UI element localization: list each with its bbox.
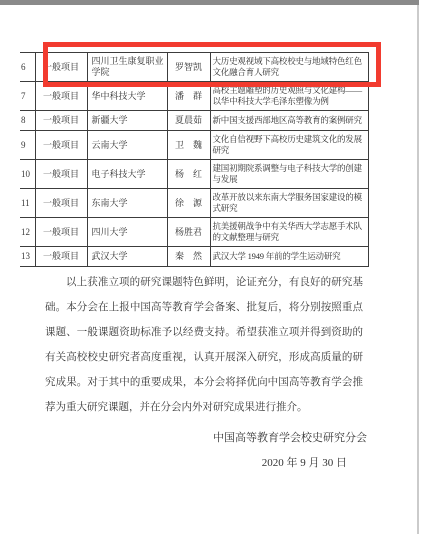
leader-name-cell: 杨 红 [167, 160, 210, 189]
project-type-cell: 一般项目 [35, 160, 87, 189]
project-type-cell: 一般项目 [35, 53, 87, 82]
project-title-cell: 改革开放以来东南大学服务国家建设的模式研究 [210, 189, 368, 218]
project-title-cell: 大历史观视域下高校校史与地域特色红色文化融合育人研究 [210, 53, 368, 82]
table-row: 11 一般项目 东南大学 徐 源 改革开放以来东南大学服务国家建设的模式研究 [20, 189, 368, 218]
table-row: 7 一般项目 华中科技大学 潘 群 高校主题雕塑的历史观照与文化建构——以华中科… [20, 82, 368, 111]
signature-organization: 中国高等教育学会校史研究分会 [213, 429, 367, 445]
project-type-cell: 一般项目 [35, 111, 87, 131]
table-row: 8 一般项目 新疆大学 夏晨茹 新中国支援西部地区高等教育的案例研究 [20, 111, 368, 131]
project-type-cell: 一般项目 [35, 218, 87, 247]
leader-name-cell: 杨胜君 [167, 218, 210, 247]
project-title-cell: 新中国支援西部地区高等教育的案例研究 [210, 111, 368, 131]
leader-name-cell: 罗智凯 [167, 53, 210, 82]
project-title-cell: 文化自信视野下高校历史建筑文化的发展研究 [210, 131, 368, 160]
university-cell: 武汉大学 [87, 247, 167, 267]
leader-name-cell: 秦 然 [167, 247, 210, 267]
leader-name-cell: 夏晨茹 [167, 111, 210, 131]
closing-paragraph: 以上获准立项的研究课题特色鲜明，论证充分，有良好的研究基础。本分会在上报中国高等… [45, 270, 363, 420]
row-number-cell: 10 [20, 160, 35, 189]
project-title-cell: 抗美援朝战争中有关华西大学志愿手术队的文献整理与研究 [210, 218, 368, 247]
table-row: 10 一般项目 电子科技大学 杨 红 建国初期院系调整与电子科技大学的创建与发展 [20, 160, 368, 189]
row-number-cell: 11 [20, 189, 35, 218]
project-title-cell: 建国初期院系调整与电子科技大学的创建与发展 [210, 160, 368, 189]
project-type-cell: 一般项目 [35, 82, 87, 111]
table-row: 13 一般项目 武汉大学 秦 然 武汉大学 1949 年前的学生运动研究 [20, 247, 368, 267]
row-number-cell: 6 [20, 53, 35, 82]
signature-date: 2020 年 9 月 30 日 [262, 454, 347, 470]
project-type-cell: 一般项目 [35, 189, 87, 218]
row-number-cell: 7 [20, 82, 35, 111]
project-title-cell: 高校主题雕塑的历史观照与文化建构——以华中科技大学毛泽东塑像为例 [210, 82, 368, 111]
project-type-cell: 一般项目 [35, 247, 87, 267]
table-row: 12 一般项目 四川大学 杨胜君 抗美援朝战争中有关华西大学志愿手术队的文献整理… [20, 218, 368, 247]
university-cell: 电子科技大学 [87, 160, 167, 189]
table-row: 9 一般项目 云南大学 卫 魏 文化自信视野下高校历史建筑文化的发展研究 [20, 131, 368, 160]
project-type-cell: 一般项目 [35, 131, 87, 160]
page-right-edge [417, 5, 419, 534]
table-row: 6 一般项目 四川卫生康复职业学院 罗智凯 大历史观视域下高校校史与地域特色红色… [20, 53, 368, 82]
row-number-cell: 12 [20, 218, 35, 247]
project-title-cell: 武汉大学 1949 年前的学生运动研究 [210, 247, 368, 267]
viewer-top-bar [0, 0, 419, 5]
university-cell: 新疆大学 [87, 111, 167, 131]
university-cell: 云南大学 [87, 131, 167, 160]
university-cell: 四川卫生康复职业学院 [87, 53, 167, 82]
row-number-cell: 9 [20, 131, 35, 160]
project-approval-table: 6 一般项目 四川卫生康复职业学院 罗智凯 大历史观视域下高校校史与地域特色红色… [20, 52, 369, 267]
leader-name-cell: 潘 群 [167, 82, 210, 111]
row-number-cell: 8 [20, 111, 35, 131]
university-cell: 四川大学 [87, 218, 167, 247]
leader-name-cell: 卫 魏 [167, 131, 210, 160]
leader-name-cell: 徐 源 [167, 189, 210, 218]
row-number-cell: 13 [20, 247, 35, 267]
university-cell: 东南大学 [87, 189, 167, 218]
university-cell: 华中科技大学 [87, 82, 167, 111]
